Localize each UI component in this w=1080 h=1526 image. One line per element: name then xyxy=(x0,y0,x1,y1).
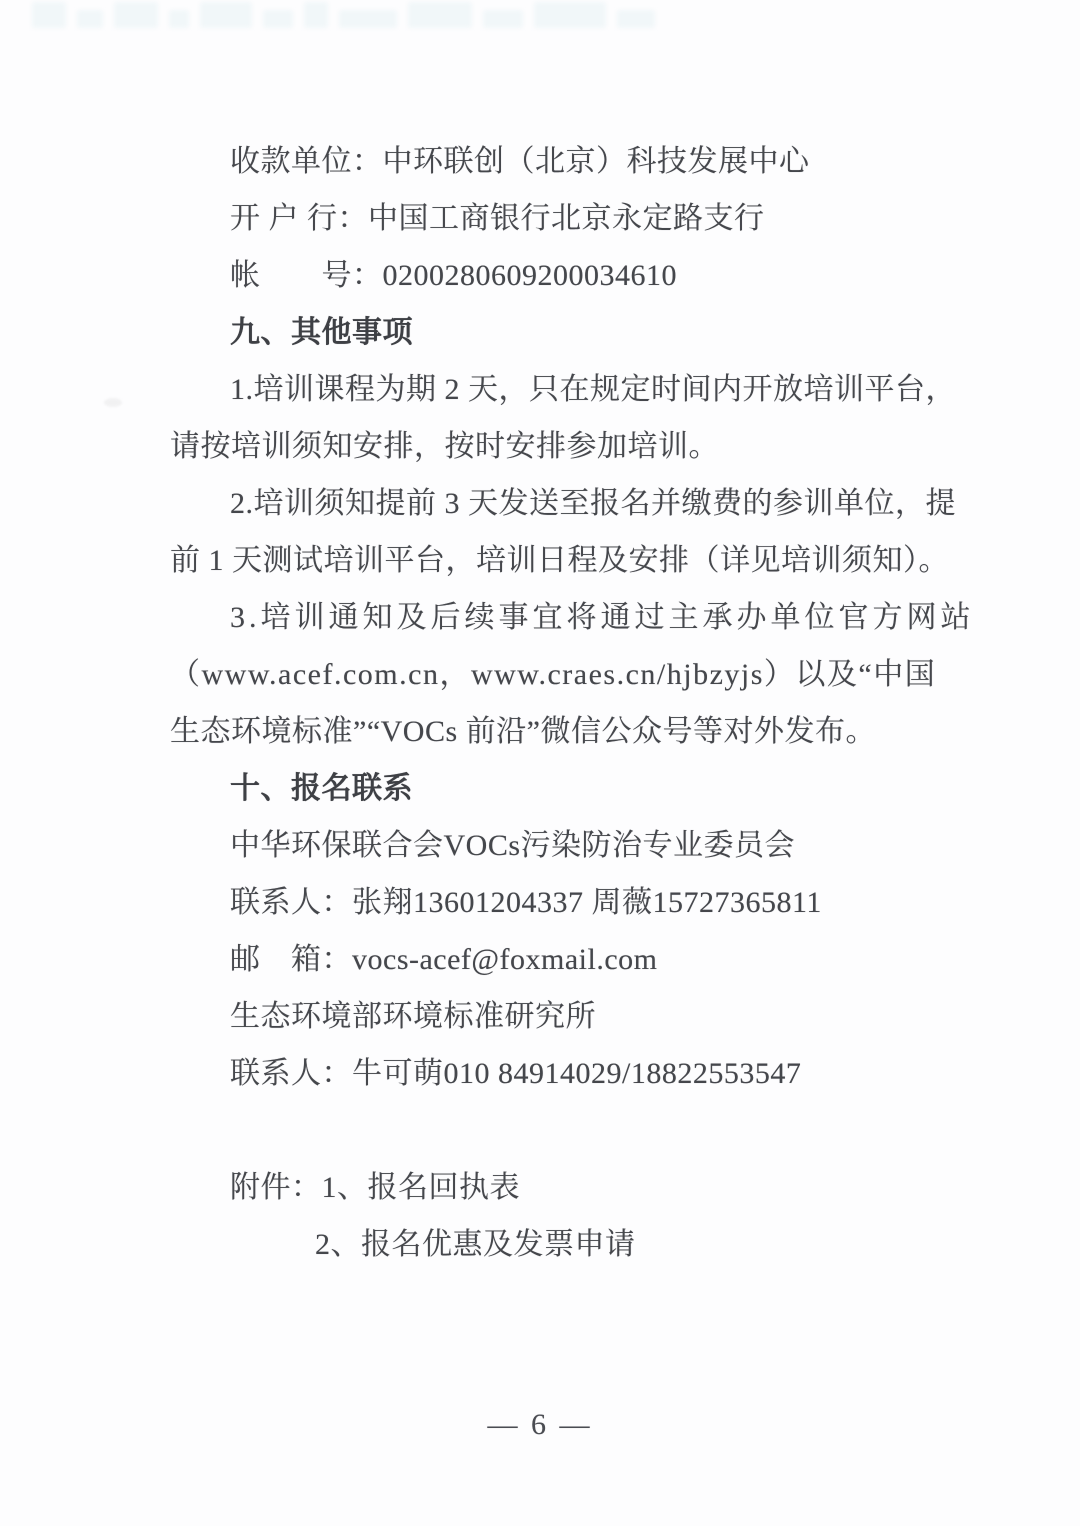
section9-item3-line1: 3.培训通知及后续事宜将通过主承办单位官方网站 xyxy=(170,589,940,646)
section9-item1-line1: 1.培训课程为期 2 天，只在规定时间内开放培训平台， xyxy=(170,361,940,418)
section9-heading: 九、其他事项 xyxy=(170,304,940,361)
faint-scan-artifact xyxy=(32,2,655,32)
bank-line: 开 户 行：中国工商银行北京永定路支行 xyxy=(170,190,940,247)
attachment-line-2: 2、报名优惠及发票申请 xyxy=(170,1216,940,1273)
document-page: 收款单位：中环联创（北京）科技发展中心 开 户 行：中国工商银行北京永定路支行 … xyxy=(0,0,1080,1526)
section9-item3-line3: 生态环境标准”“VOCs 前沿”微信公众号等对外发布。 xyxy=(170,703,940,760)
section9-item2-line2: 前 1 天测试培训平台，培训日程及安排（详见培训须知）。 xyxy=(170,532,940,589)
org2-name-line: 生态环境部环境标准研究所 xyxy=(170,988,940,1045)
payee-line: 收款单位：中环联创（北京）科技发展中心 xyxy=(170,133,940,190)
document-body: 收款单位：中环联创（北京）科技发展中心 开 户 行：中国工商银行北京永定路支行 … xyxy=(170,133,940,1273)
section10-heading: 十、报名联系 xyxy=(170,760,940,817)
org1-contacts-line: 联系人：张翔13601204337 周薇15727365811 xyxy=(170,874,940,931)
org1-email-line: 邮 箱：vocs-acef@foxmail.com xyxy=(170,931,940,988)
org1-name-line: 中华环保联合会VOCs污染防治专业委员会 xyxy=(170,817,940,874)
account-number-line: 帐 号：0200280609200034610 xyxy=(170,247,940,304)
page-number: — 6 — xyxy=(488,1408,593,1441)
section9-item3-line2: （www.acef.com.cn，www.craes.cn/hjbzyjs）以及… xyxy=(170,646,940,703)
scan-smudge xyxy=(104,398,122,407)
page-footer: — 6 — xyxy=(0,1408,1080,1442)
blank-line xyxy=(170,1102,940,1159)
attachment-line-1: 附件：1、报名回执表 xyxy=(170,1159,940,1216)
section9-item1-line2: 请按培训须知安排，按时安排参加培训。 xyxy=(170,418,940,475)
org2-contacts-line: 联系人：牛可萌010 84914029/18822553547 xyxy=(170,1045,940,1102)
section9-item2-line1: 2.培训须知提前 3 天发送至报名并缴费的参训单位，提 xyxy=(170,475,940,532)
